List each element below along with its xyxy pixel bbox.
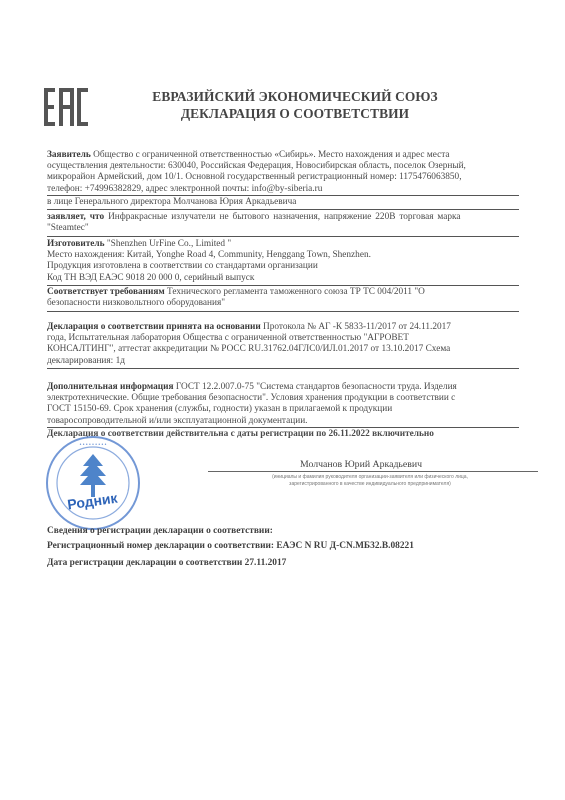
declares-block: заявляет, что Инфракрасные излучатели не… (47, 212, 539, 234)
requirements-block: Соответствует требованиям Технического р… (47, 287, 539, 309)
eac-mark-icon (44, 88, 88, 126)
title-declaration: ДЕКЛАРАЦИЯ О СООТВЕТСТВИИ (120, 105, 470, 122)
registration-heading: Сведения о регистрации декларации о соот… (47, 526, 273, 536)
svg-text:• • • • • • • • •: • • • • • • • • • (80, 442, 107, 448)
applicant-block: Заявитель Общество с ограниченной ответс… (47, 150, 539, 195)
signatory-name: Молчанов Юрий Аркадьевич (300, 459, 422, 470)
svg-text:Родник: Родник (66, 489, 119, 512)
registration-date: Дата регистрации декларации о соответств… (47, 558, 286, 568)
signatory-note: (инициалы и фамилия руководителя организ… (220, 474, 520, 488)
title-union: ЕВРАЗИЙСКИЙ ЭКОНОМИЧЕСКИЙ СОЮЗ (120, 88, 470, 105)
basis-block: Декларация о соответствии принята на осн… (47, 322, 539, 367)
additional-info-block: Дополнительная информация ГОСТ 12.2.007.… (47, 382, 539, 427)
applicant-representative: в лице Генерального директора Молчанова … (47, 197, 539, 208)
document-title: ЕВРАЗИЙСКИЙ ЭКОНОМИЧЕСКИЙ СОЮЗ ДЕКЛАРАЦИ… (120, 88, 470, 122)
company-stamp-icon: Родник • • • • • • • • • (44, 434, 142, 532)
applicant-label: Заявитель (47, 150, 91, 160)
manufacturer-block: Изготовитель "Shenzhen UrFine Co., Limit… (47, 239, 539, 284)
registration-number: Регистрационный номер декларации о соотв… (47, 541, 414, 551)
